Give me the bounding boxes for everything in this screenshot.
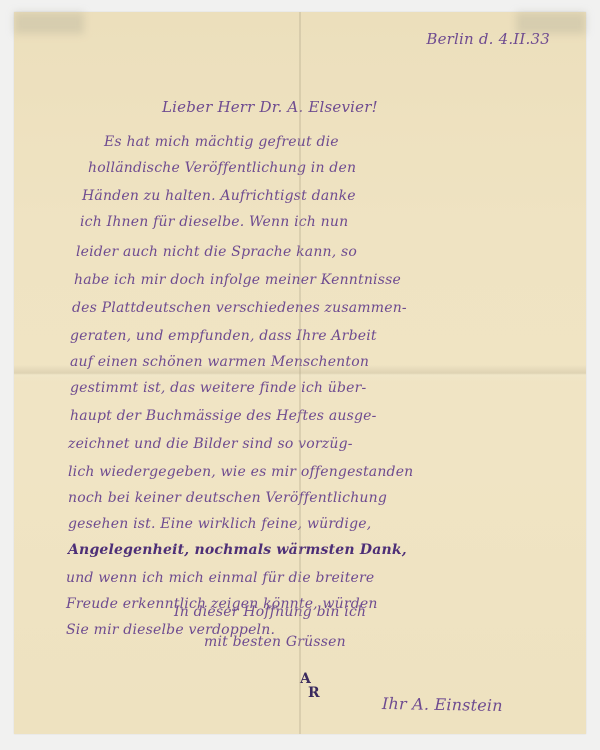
body-line: gesehen ist. Eine wirklich feine, würdig…	[68, 516, 371, 532]
letter-salutation: Lieber Herr Dr. A. Elsevier!	[162, 98, 378, 116]
signature: Ihr A. Einstein	[382, 694, 503, 715]
body-line: ich Ihnen für dieselbe. Wenn ich nun	[80, 214, 348, 230]
body-line: auf einen schönen warmen Menschenton	[70, 354, 369, 370]
archive-initials: A R	[300, 672, 320, 700]
closing-line: In dieser Hoffnung bin ich	[174, 604, 366, 620]
body-line: haupt der Buchmässige des Heftes ausge-	[70, 408, 377, 424]
body-line: Händen zu halten. Aufrichtigst danke	[82, 188, 356, 204]
body-line: lich wiedergegeben, wie es mir offengest…	[68, 464, 413, 480]
body-line: noch bei keiner deutschen Veröffentlichu…	[68, 490, 387, 506]
body-line: leider auch nicht die Sprache kann, so	[76, 244, 357, 260]
body-line: gestimmt ist, das weitere finde ich über…	[70, 380, 366, 396]
body-line: und wenn ich mich einmal für die breiter…	[66, 570, 374, 586]
body-line: Es hat mich mächtig gefreut die	[104, 134, 339, 150]
paper-corner-shade-left	[14, 12, 84, 34]
closing-line: mit besten Grüssen	[204, 634, 346, 650]
letter-date: Berlin d. 4.II.33	[426, 30, 550, 48]
body-line: geraten, und empfunden, dass Ihre Arbeit	[70, 328, 377, 344]
body-line: Angelegenheit, nochmals wärmsten Dank,	[68, 542, 407, 558]
letter-paper: Berlin d. 4.II.33 Lieber Herr Dr. A. Els…	[14, 12, 586, 734]
initial-a: A	[300, 672, 320, 686]
initial-r: R	[308, 686, 320, 700]
body-line: zeichnet und die Bilder sind so vorzüg-	[68, 436, 353, 452]
body-line: habe ich mir doch infolge meiner Kenntni…	[74, 272, 401, 288]
body-line: des Plattdeutschen verschiedenes zusamme…	[72, 300, 407, 316]
body-line: holländische Veröffentlichung in den	[88, 160, 356, 176]
